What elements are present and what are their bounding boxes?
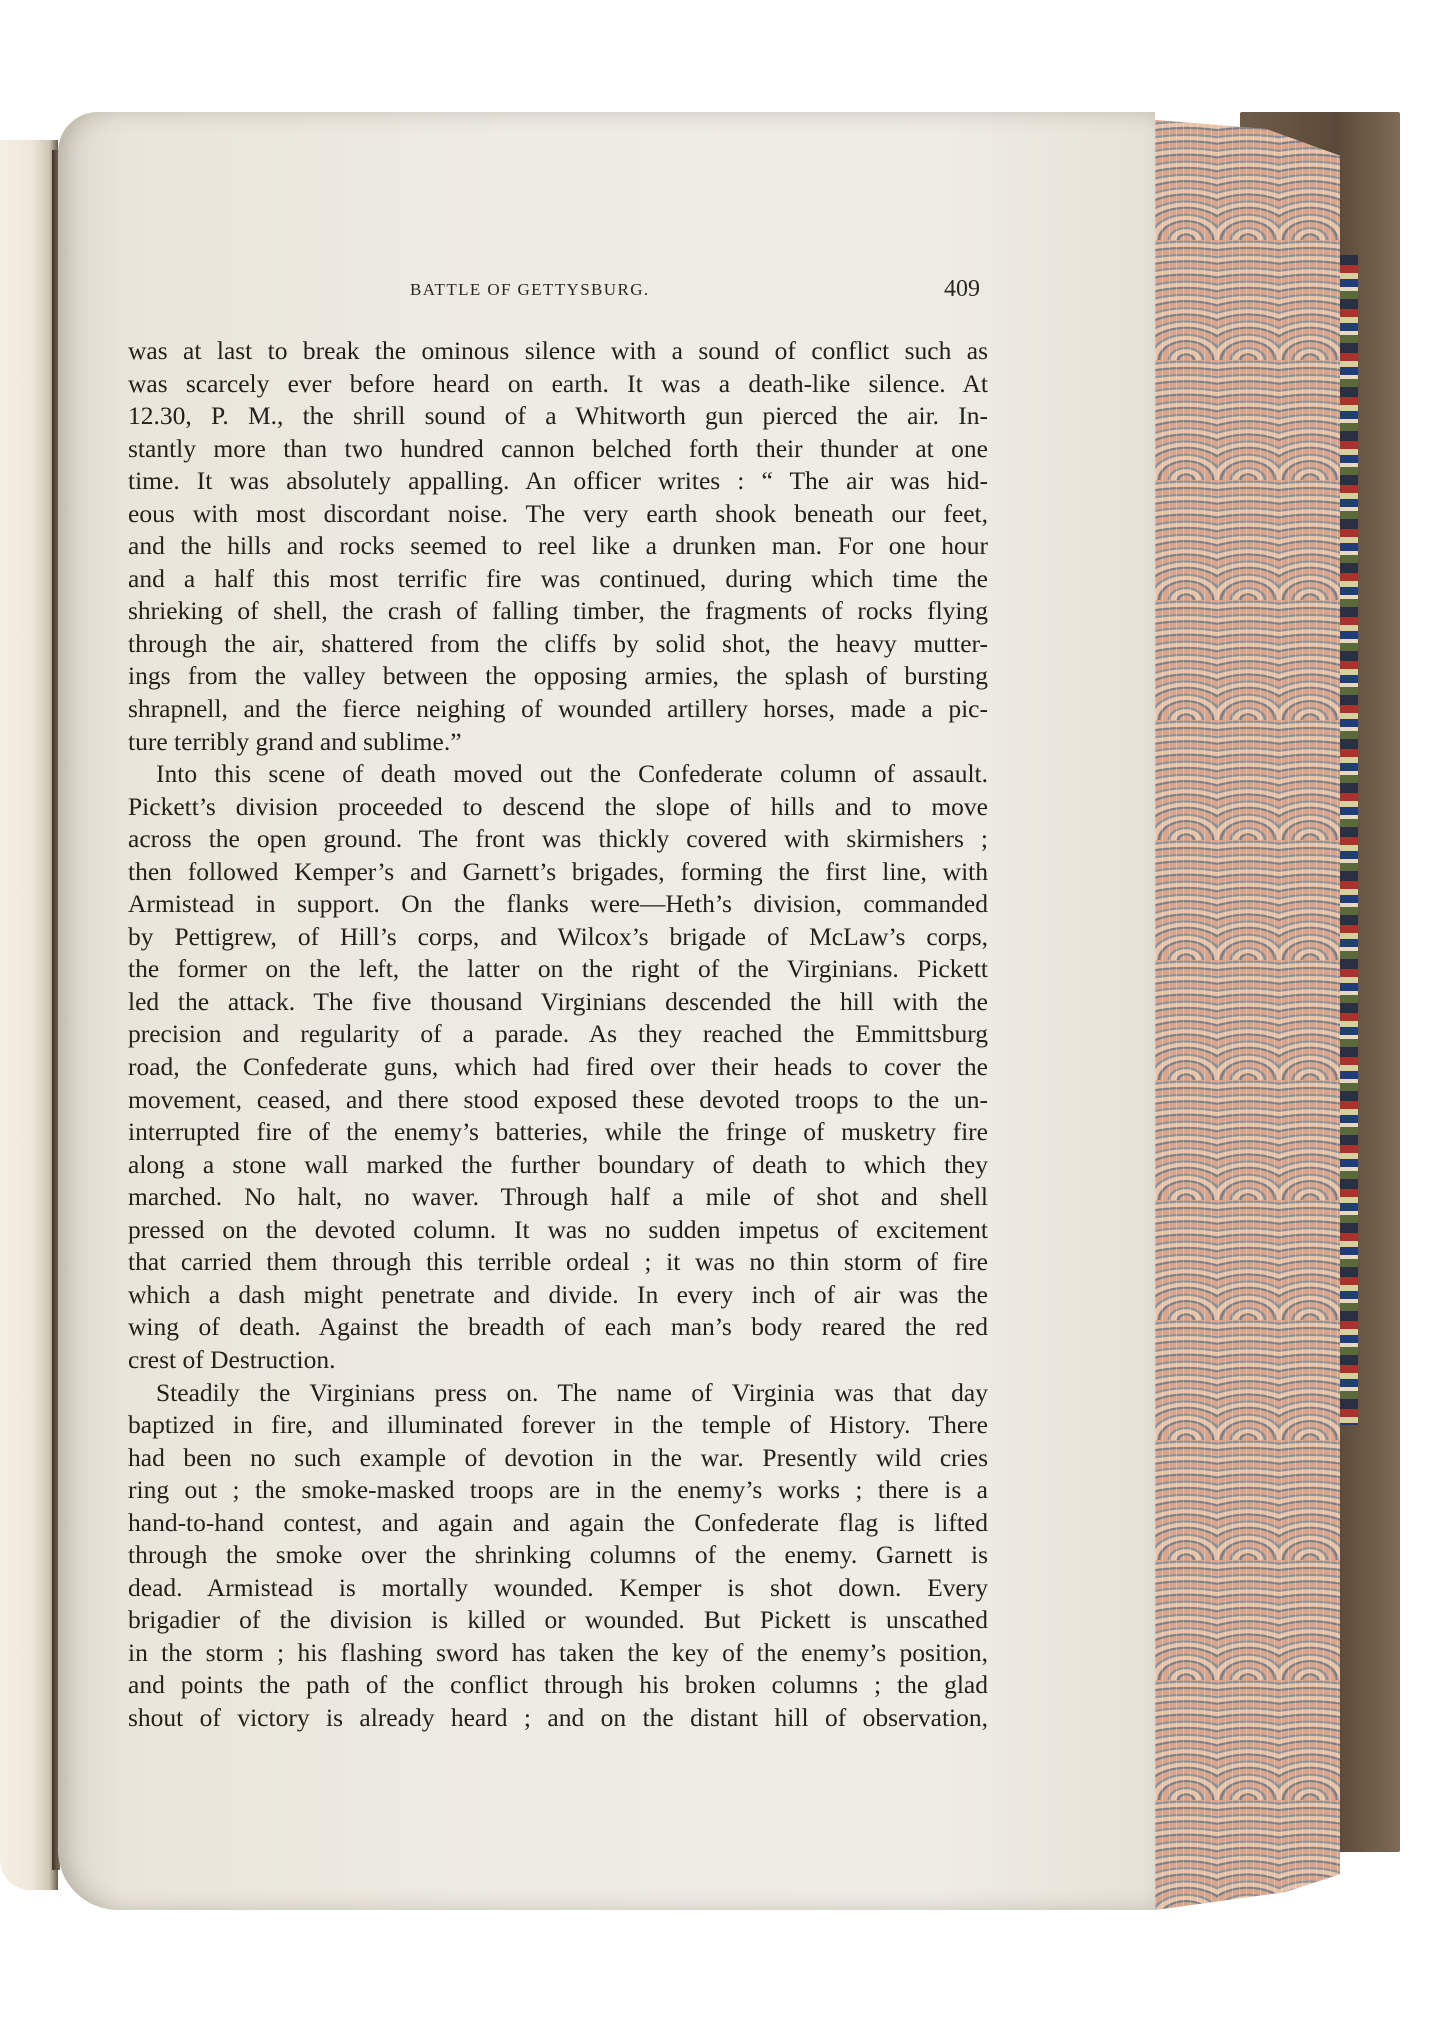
text-line: led the attack. The five thousand Virgin…	[128, 986, 988, 1019]
facing-page-edge	[0, 140, 58, 1890]
text-line: in the storm ; his flashing sword has ta…	[128, 1637, 988, 1670]
text-line: marched. No halt, no waver. Through half…	[128, 1181, 988, 1214]
text-line: and points the path of the conflict thro…	[128, 1669, 988, 1702]
text-line: was scarcely ever before heard on earth.…	[128, 368, 988, 401]
text-line: across the open ground. The front was th…	[128, 823, 988, 856]
text-line: eous with most discordant noise. The ver…	[128, 498, 988, 531]
text-line: brigadier of the division is killed or w…	[128, 1604, 988, 1637]
text-line: which a dash might penetrate and divide.…	[128, 1279, 988, 1312]
text-line: shrapnell, and the fierce neighing of wo…	[128, 693, 988, 726]
running-head-title: BATTLE OF GETTYSBURG.	[410, 280, 650, 300]
text-line: through the air, shattered from the clif…	[128, 628, 988, 661]
text-line: Pickett’s division proceeded to descend …	[128, 791, 988, 824]
text-line: interrupted fire of the enemy’s batterie…	[128, 1116, 988, 1149]
paragraph-1: was at last to break the ominous silence…	[128, 335, 988, 758]
text-line: Steadily the Virginians press on. The na…	[128, 1377, 988, 1410]
text-line: movement, ceased, and there stood expose…	[128, 1084, 988, 1117]
text-line: dead. Armistead is mortally wounded. Kem…	[128, 1572, 988, 1605]
text-line: shout of victory is already heard ; and …	[128, 1702, 988, 1735]
text-line: baptized in fire, and illuminated foreve…	[128, 1409, 988, 1442]
text-line: stantly more than two hundred cannon bel…	[128, 433, 988, 466]
text-line: wing of death. Against the breadth of ea…	[128, 1311, 988, 1344]
text-line: road, the Confederate guns, which had fi…	[128, 1051, 988, 1084]
text-line: Armistead in support. On the flanks were…	[128, 888, 988, 921]
body-text: was at last to break the ominous silence…	[128, 335, 988, 1735]
text-line: precision and regularity of a parade. As…	[128, 1018, 988, 1051]
text-line: Into this scene of death moved out the C…	[128, 758, 988, 791]
page-number: 409	[944, 276, 980, 303]
text-line: hand-to-hand contest, and again and agai…	[128, 1507, 988, 1540]
text-line: ring out ; the smoke-masked troops are i…	[128, 1474, 988, 1507]
text-line: was at last to break the ominous silence…	[128, 335, 988, 368]
text-line: 12.30, P. M., the shrill sound of a Whit…	[128, 400, 988, 433]
paragraph-2: Into this scene of death moved out the C…	[128, 758, 988, 1376]
text-line: crest of Destruction.	[128, 1344, 988, 1377]
text-line: had been no such example of devotion in …	[128, 1442, 988, 1475]
text-line: pressed on the devoted column. It was no…	[128, 1214, 988, 1247]
text-line: along a stone wall marked the further bo…	[128, 1149, 988, 1182]
text-line: and the hills and rocks seemed to reel l…	[128, 530, 988, 563]
text-line: ture terribly grand and sublime.”	[128, 726, 988, 759]
text-line: shrieking of shell, the crash of falling…	[128, 595, 988, 628]
paragraph-3: Steadily the Virginians press on. The na…	[128, 1377, 988, 1735]
text-line: time. It was absolutely appalling. An of…	[128, 465, 988, 498]
text-line: by Pettigrew, of Hill’s corps, and Wilco…	[128, 921, 988, 954]
text-line: and a half this most terrific fire was c…	[128, 563, 988, 596]
text-line: the former on the left, the latter on th…	[128, 953, 988, 986]
marbled-endpaper	[1340, 255, 1358, 1425]
text-line: that carried them through this terrible …	[128, 1246, 988, 1279]
text-line: ings from the valley between the opposin…	[128, 660, 988, 693]
marbled-fore-edge	[1155, 120, 1340, 1910]
text-line: then followed Kemper’s and Garnett’s bri…	[128, 856, 988, 889]
text-line: through the smoke over the shrinking col…	[128, 1539, 988, 1572]
running-head: BATTLE OF GETTYSBURG. 409	[0, 280, 1445, 310]
